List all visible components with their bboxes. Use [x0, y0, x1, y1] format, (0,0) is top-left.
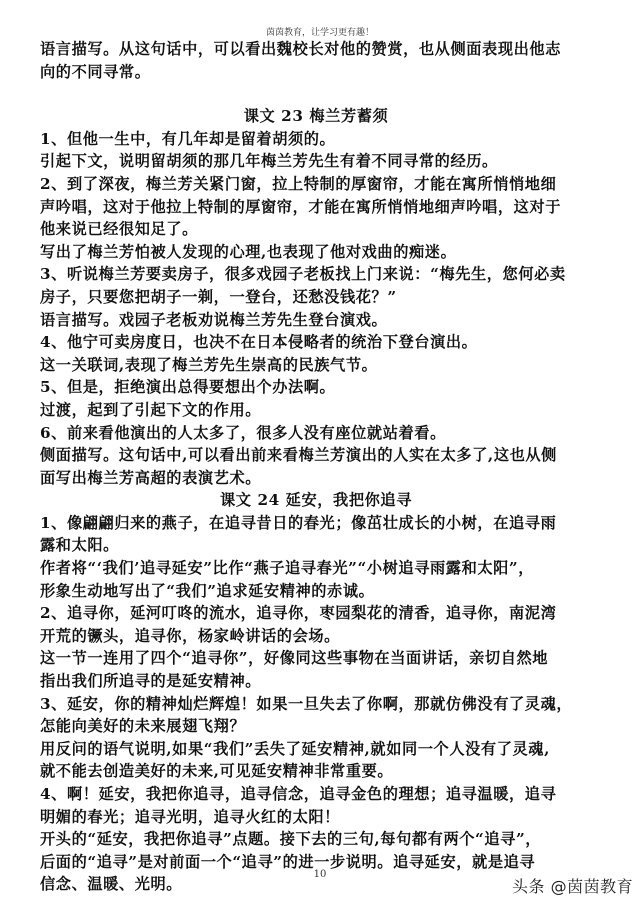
- text-line: 这一节一连用了四个“追寻你”，好像同这些事物在当面讲话，亲切自然地: [40, 647, 612, 670]
- page-header-slogan: 茵茵教育，让学习更有趣！: [0, 25, 640, 38]
- text-line: 房子，只要您把胡子一剃，一登台，还愁没钱花？”: [40, 286, 612, 309]
- text-line: 向的不同寻常。: [40, 61, 612, 84]
- watermark-text: 头条 @茵茵教育: [512, 874, 633, 897]
- text-line: 3、延安，你的精神灿烂辉煌！如果一旦失去了你啊，那就仿佛没有了灵魂，: [40, 693, 612, 716]
- text-line: 露和太阳。: [40, 534, 612, 557]
- text-line: 4、他宁可卖房度日，也决不在日本侵略者的统治下登台演出。: [40, 331, 612, 354]
- text-line: 1、像翩翩归来的燕子，在追寻昔日的春光；像茁壮成长的小树，在追寻雨: [40, 512, 612, 535]
- text-line: 声吟唱，这对于他拉上特制的厚窗帘，才能在寓所悄悄地细声吟唱，这对于: [40, 196, 612, 219]
- text-line: 引起下文，说明留胡须的那几年梅兰芳先生有着不同寻常的经历。: [40, 150, 612, 173]
- text-line: 写出了梅兰芳怕被人发现的心理,也表现了他对戏曲的痴迷。: [40, 241, 612, 264]
- text-line: 4、啊！延安，我把你追寻，追寻信念，追寻金色的理想；追寻温暖，追寻: [40, 783, 612, 806]
- text-line: 他来说已经很知足了。: [40, 218, 612, 241]
- text-line: 2、追寻你，延河叮咚的流水，追寻你，枣园梨花的清香，追寻你，南泥湾: [40, 602, 612, 625]
- intro-section: 语言描写。从这句话中，可以看出魏校长对他的赞赏，也从侧面表现出他志 向的不同寻常…: [40, 38, 612, 83]
- text-line: 3、听说梅兰芳要卖房子，很多戏园子老板找上门来说：“梅先生，您何必卖: [40, 263, 612, 286]
- text-line: 面写出梅兰芳高超的表演艺术。: [40, 467, 612, 490]
- text-line: 作者将“‘我们’追寻延安”比作“燕子追寻春光”“小树追寻雨露和太阳”，: [40, 557, 612, 580]
- text-line: 开荒的镢头，追寻你，杨家岭讲话的会场。: [40, 625, 612, 648]
- text-line: 侧面描写。这句话中,可以看出前来看梅兰芳演出的人实在太多了,这也从侧: [40, 444, 612, 467]
- text-line: 怎能向美好的未来展翅飞翔？: [40, 715, 612, 738]
- text-line: 形象生动地写出了“我们”追求延安精神的赤诚。: [40, 580, 612, 603]
- lesson-23-title: 课文 23 梅兰芳蓄须: [20, 105, 612, 128]
- lesson-23-section: 课文 23 梅兰芳蓄须 1、但他一生中，有几年却是留着胡须的。 引起下文，说明留…: [40, 105, 612, 489]
- lesson-24-section: 课文 24 延安，我把你追寻 1、像翩翩归来的燕子，在追寻昔日的春光；像茁壮成长…: [40, 489, 612, 896]
- text-line: 2、到了深夜，梅兰芳关紧门窗，拉上特制的厚窗帘，才能在寓所悄悄地细: [40, 173, 612, 196]
- text-line: 5、但是，拒绝演出总得要想出个办法啊。: [40, 376, 612, 399]
- text-line: 开头的“延安，我把你追寻”点题。接下去的三句,每句都有两个“追寻”，: [40, 828, 612, 851]
- text-line: 语言描写。从这句话中，可以看出魏校长对他的赞赏，也从侧面表现出他志: [40, 38, 612, 61]
- text-line: 指出我们所追寻的是延安精神。: [40, 670, 612, 693]
- text-line: 就不能去创造美好的未来,可见延安精神非常重要。: [40, 760, 612, 783]
- lesson-24-title: 课文 24 延安，我把你追寻: [20, 489, 612, 512]
- text-line: 过渡，起到了引起下文的作用。: [40, 399, 612, 422]
- text-line: 1、但他一生中，有几年却是留着胡须的。: [40, 128, 612, 151]
- text-line: 语言描写。戏园子老板劝说梅兰芳先生登台演戏。: [40, 309, 612, 332]
- text-line: 这一关联词,表现了梅兰芳先生崇高的民族气节。: [40, 354, 612, 377]
- text-line: 6、前来看他演出的人太多了，很多人没有座位就站着看。: [40, 422, 612, 445]
- text-line: 用反问的语气说明,如果“我们”丢失了延安精神,就如同一个人没有了灵魂,: [40, 738, 612, 761]
- document-body: 语言描写。从这句话中，可以看出魏校长对他的赞赏，也从侧面表现出他志 向的不同寻常…: [40, 38, 612, 896]
- text-line: 明媚的春光；追寻光明，追寻火红的太阳！: [40, 806, 612, 829]
